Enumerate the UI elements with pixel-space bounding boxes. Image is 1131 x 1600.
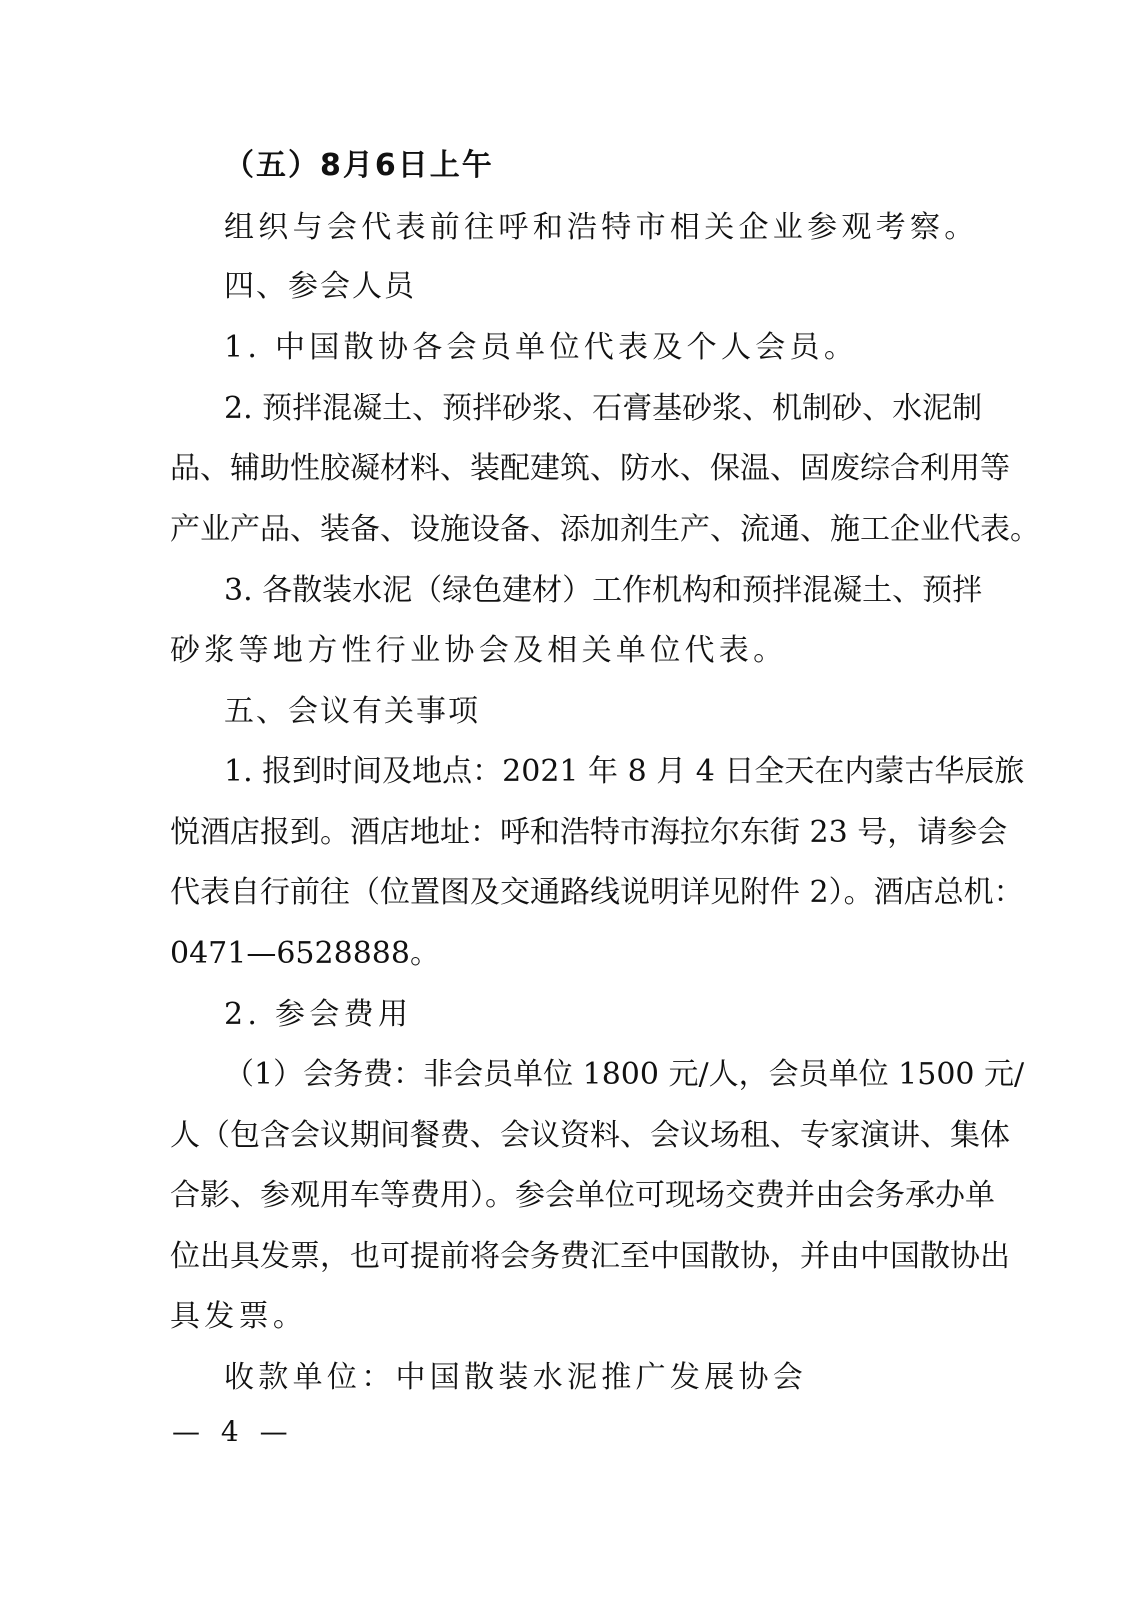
section-heading-aug6-morning: （五）8月6日上午 bbox=[224, 146, 940, 186]
hotel-phone: 0471—6528888。 bbox=[170, 934, 940, 974]
document-page: （五）8月6日上午 组织与会代表前往呼和浩特市相关企业参观考察。 四、参会人员 … bbox=[0, 0, 1131, 1600]
conference-fee-line-4: 位出具发票，也可提前将会务费汇至中国散协，并由中国散协出 bbox=[170, 1237, 940, 1277]
conference-fee-line-3: 合影、参观用车等费用）。参会单位可现场交费并由会务承办单 bbox=[170, 1176, 940, 1216]
attendee-item-2-line-2: 品、辅助性胶凝材料、装配建筑、防水、保温、固废综合利用等 bbox=[170, 449, 940, 489]
conference-fee-line-1: （1）会务费：非会员单位 1800 元/人，会员单位 1500 元/ bbox=[224, 1055, 940, 1095]
part-title-attendees: 四、参会人员 bbox=[224, 267, 940, 307]
page-number: — 4 — bbox=[172, 1412, 294, 1452]
part-title-meeting-matters: 五、会议有关事项 bbox=[224, 692, 940, 732]
conference-fee-line-2: 人（包含会议期间餐费、会议资料、会议场租、专家演讲、集体 bbox=[170, 1116, 940, 1156]
fees-title: 2. 参会费用 bbox=[224, 995, 940, 1035]
attendee-item-1: 1. 中国散协各会员单位代表及个人会员。 bbox=[224, 328, 940, 368]
attendee-item-2-line-3: 产业产品、装备、设施设备、添加剂生产、流通、施工企业代表。 bbox=[170, 510, 940, 550]
conference-fee-line-5: 具发票。 bbox=[170, 1297, 940, 1337]
registration-line-1: 1. 报到时间及地点：2021 年 8 月 4 日全天在内蒙古华辰旅 bbox=[224, 752, 940, 792]
attendee-item-3-line-1: 3. 各散装水泥（绿色建材）工作机构和预拌混凝土、预拌 bbox=[224, 571, 940, 611]
attendee-item-3-line-2: 砂浆等地方性行业协会及相关单位代表。 bbox=[170, 631, 940, 671]
paragraph-site-visit: 组织与会代表前往呼和浩特市相关企业参观考察。 bbox=[224, 208, 940, 248]
attendee-item-2-line-1: 2. 预拌混凝土、预拌砂浆、石膏基砂浆、机制砂、水泥制 bbox=[224, 389, 940, 429]
payee: 收款单位：中国散装水泥推广发展协会 bbox=[224, 1358, 940, 1398]
registration-line-2: 悦酒店报到。酒店地址：呼和浩特市海拉尔东街 23 号，请参会 bbox=[170, 813, 940, 853]
registration-line-3: 代表自行前往（位置图及交通路线说明详见附件 2）。酒店总机： bbox=[170, 873, 940, 913]
